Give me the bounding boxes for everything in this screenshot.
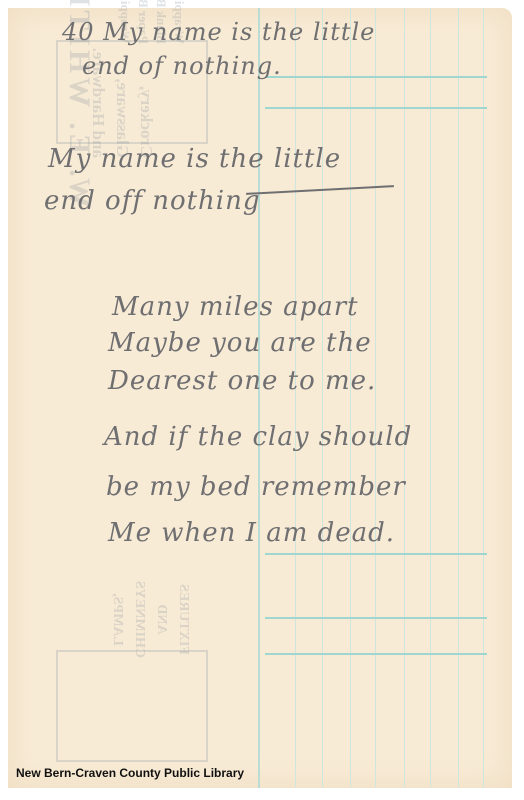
ledger-horizontal-line — [265, 653, 487, 655]
bleed-line: LAMPS, — [106, 581, 128, 658]
handwriting-line-3: My name is the little — [48, 144, 341, 174]
pencil-underline-stroke — [246, 185, 394, 195]
ledger-vertical-line-main — [258, 8, 260, 788]
handwriting-line-1: 40 My name is the little — [62, 18, 375, 46]
ledger-horizontal-line — [265, 553, 487, 555]
poem-line-5: be my bed remember — [106, 472, 406, 502]
bleed-line: AND — [150, 581, 172, 658]
ledger-vertical-line — [483, 8, 484, 788]
bleed-through-box-bottom — [56, 650, 208, 762]
poem-line-4: And if the clay should — [104, 422, 412, 452]
poem-line-3: Dearest one to me. — [108, 366, 376, 396]
ledger-vertical-line — [295, 8, 296, 788]
ledger-vertical-line — [322, 8, 323, 788]
ledger-vertical-line — [375, 8, 376, 788]
ledger-vertical-line — [458, 8, 459, 788]
poem-line-1: Many miles apart — [112, 292, 359, 322]
ledger-vertical-line — [404, 8, 405, 788]
bleed-line: FIXTURES — [172, 581, 194, 658]
ledger-vertical-line — [350, 8, 351, 788]
ledger-horizontal-line — [265, 107, 487, 109]
ledger-paper: Wrapping Paper Blank Books, Paper Bags, … — [8, 8, 512, 788]
poem-line-2: Maybe you are the — [108, 328, 372, 358]
library-caption: New Bern-Craven County Public Library — [16, 766, 244, 780]
ledger-vertical-line — [430, 8, 431, 788]
ledger-horizontal-line — [265, 617, 487, 619]
poem-line-6: Me when I am dead. — [108, 518, 395, 548]
bleed-line: CHIMNEYS — [128, 581, 150, 658]
ledger-horizontal-line — [265, 76, 487, 78]
bleed-through-text-bottom: FIXTURES AND CHIMNEYS LAMPS, — [106, 581, 194, 658]
handwriting-line-2: end of nothing. — [82, 52, 282, 80]
handwriting-line-4: end off nothing — [44, 186, 261, 216]
